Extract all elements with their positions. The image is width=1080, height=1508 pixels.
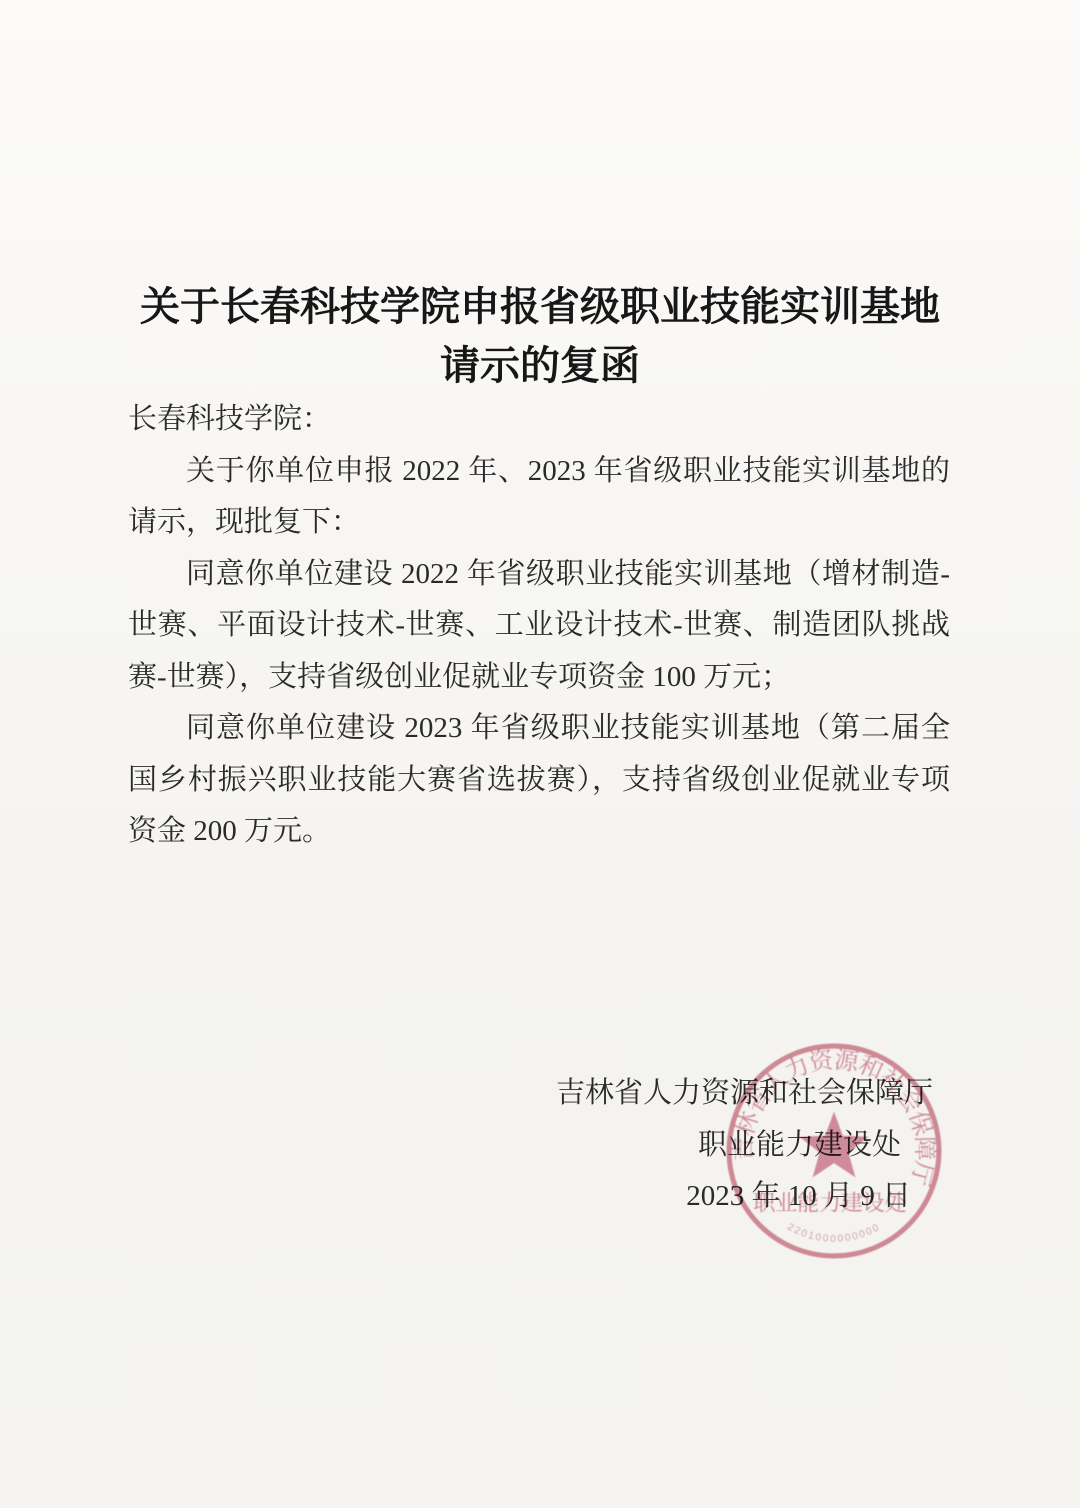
document-body: 长春科技学院： 关于你单位申报 2022 年、2023 年省级职业技能实训基地的… <box>128 394 950 858</box>
body-line: 请示，现批复下： <box>128 497 950 549</box>
document-title: 关于长春科技学院申报省级职业技能实训基地 请示的复函 <box>0 278 1080 396</box>
stamp-serial-text: 2201000000000 <box>785 1222 882 1245</box>
document-title-line2: 请示的复函 <box>0 337 1080 396</box>
svg-text:2201000000000: 2201000000000 <box>785 1222 882 1245</box>
body-line: 同意你单位建设 2023 年省级职业技能实训基地（第二届全 <box>128 703 950 755</box>
document-page: 关于长春科技学院申报省级职业技能实训基地 请示的复函 长春科技学院： 关于你单位… <box>0 0 1080 1508</box>
body-line: 同意你单位建设 2022 年省级职业技能实训基地（增材制造- <box>128 549 950 601</box>
body-line: 国乡村振兴职业技能大赛省选拔赛），支持省级创业促就业专项 <box>128 755 950 807</box>
body-line: 资金 200 万元。 <box>128 806 950 858</box>
signature-org-line: 吉林省人力资源和社会保障厅 <box>313 1068 933 1120</box>
signature-block: 吉林省人力资源和社会保障厅 职业能力建设处 2023 年 10 月 9 日 <box>313 1068 933 1223</box>
signature-dept-line: 职业能力建设处 <box>313 1120 933 1172</box>
body-line: 关于你单位申报 2022 年、2023 年省级职业技能实训基地的 <box>128 446 950 498</box>
signature-date-line: 2023 年 10 月 9 日 <box>313 1171 933 1223</box>
salutation-line: 长春科技学院： <box>128 394 950 446</box>
body-line: 世赛、平面设计技术-世赛、工业设计技术-世赛、制造团队挑战 <box>128 600 950 652</box>
body-line: 赛-世赛），支持省级创业促就业专项资金 100 万元； <box>128 652 950 704</box>
document-title-line1: 关于长春科技学院申报省级职业技能实训基地 <box>0 278 1080 337</box>
